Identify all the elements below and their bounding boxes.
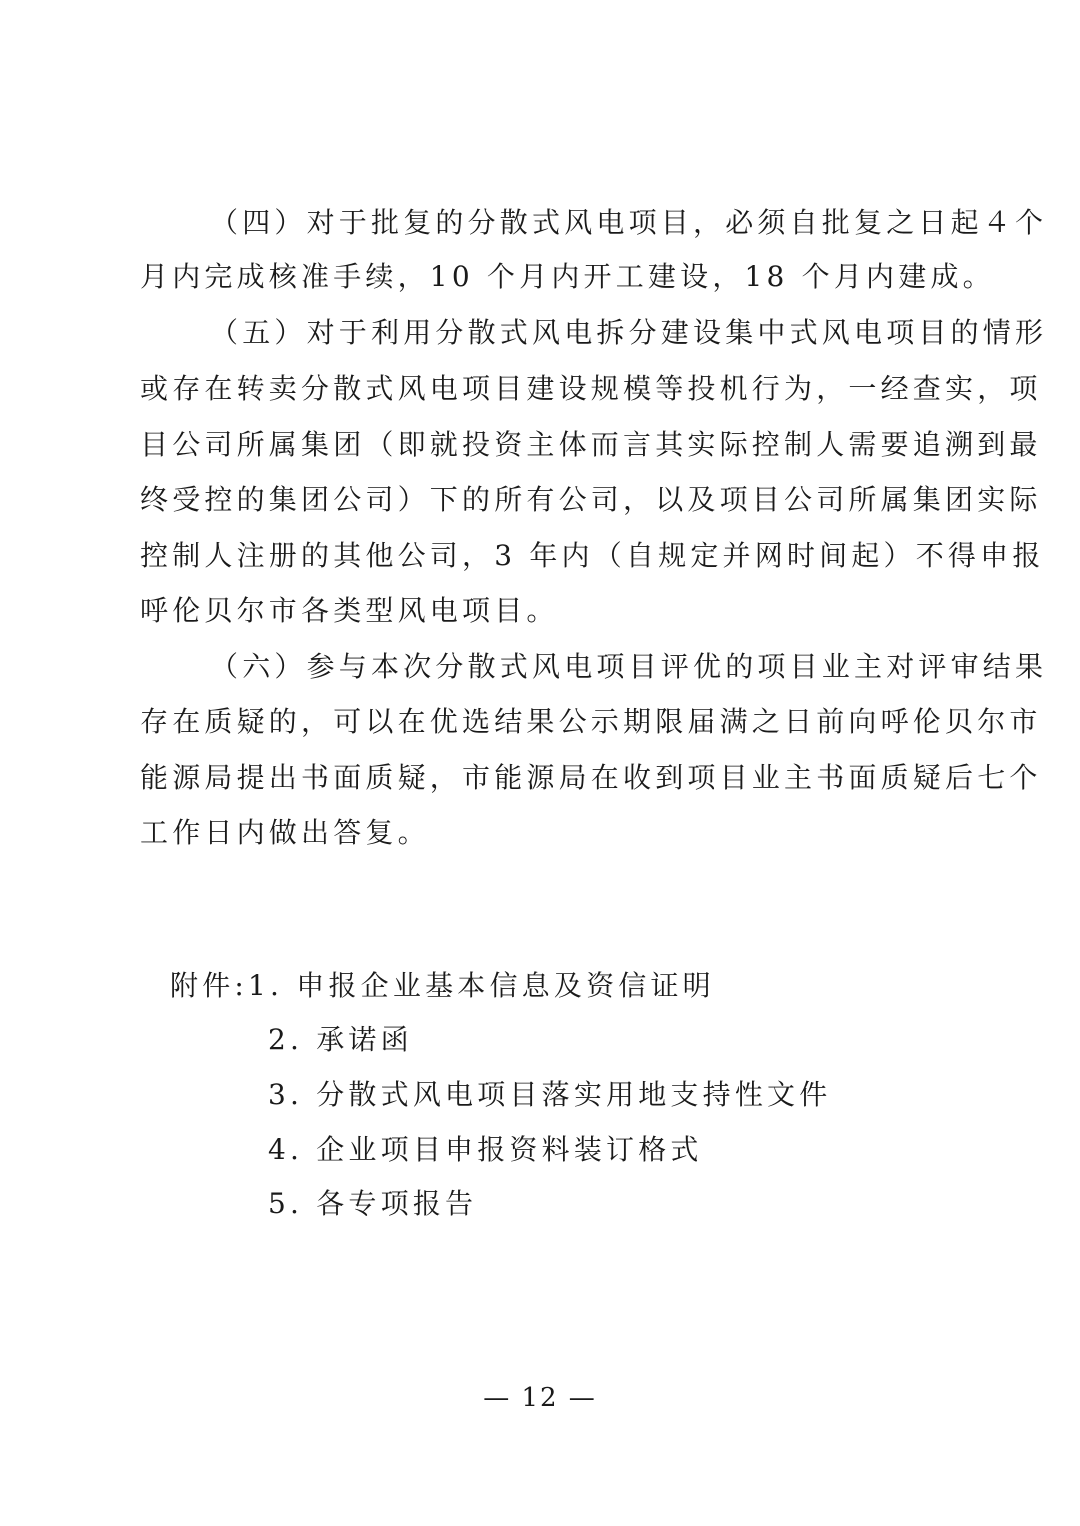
paragraph-line: 或存在转卖分散式风电项目建设规模等投机行为，一经查实，项	[140, 372, 940, 406]
paragraph-line: 呼伦贝尔市各类型风电项目。	[140, 594, 940, 628]
paragraph-line: 能源局提出书面质疑，市能源局在收到项目业主书面质疑后七个	[140, 761, 940, 795]
attachment-item: 附件:1. 申报企业基本信息及资信证明	[170, 969, 970, 1003]
attachment-item: 4. 企业项目申报资料装订格式	[268, 1133, 1068, 1167]
paragraph-line: （五）对于利用分散式风电拆分建设集中式风电项目的情形	[210, 316, 1010, 350]
paragraph-line: （六）参与本次分散式风电项目评优的项目业主对评审结果	[210, 650, 1010, 684]
paragraph-line: 月内完成核准手续，10 个月内开工建设，18 个月内建成。	[140, 260, 940, 294]
paragraph-line: 控制人注册的其他公司，3 年内（自规定并网时间起）不得申报	[140, 539, 940, 573]
attachment-item: 3. 分散式风电项目落实用地支持性文件	[268, 1078, 1068, 1112]
paragraph-line: 目公司所属集团（即就投资主体而言其实际控制人需要追溯到最	[140, 428, 940, 462]
attachment-item: 2. 承诺函	[268, 1023, 1068, 1057]
paragraph-line: 终受控的集团公司）下的所有公司，以及项目公司所属集团实际	[140, 483, 940, 517]
document-page: （四）对于批复的分散式风电项目，必须自批复之日起４个 月内完成核准手续，10 个…	[0, 0, 1080, 1526]
attachment-item: 5. 各专项报告	[268, 1187, 1068, 1221]
paragraph-line: 工作日内做出答复。	[140, 816, 940, 850]
attachments-label: 附件:	[170, 969, 248, 1002]
attachment-item-label: 1. 申报企业基本信息及资信证明	[248, 969, 715, 1002]
paragraph-line: 存在质疑的，可以在优选结果公示期限届满之日前向呼伦贝尔市	[140, 705, 940, 739]
paragraph-line: （四）对于批复的分散式风电项目，必须自批复之日起４个	[210, 206, 1010, 240]
page-number: — 12 —	[0, 1383, 1080, 1413]
